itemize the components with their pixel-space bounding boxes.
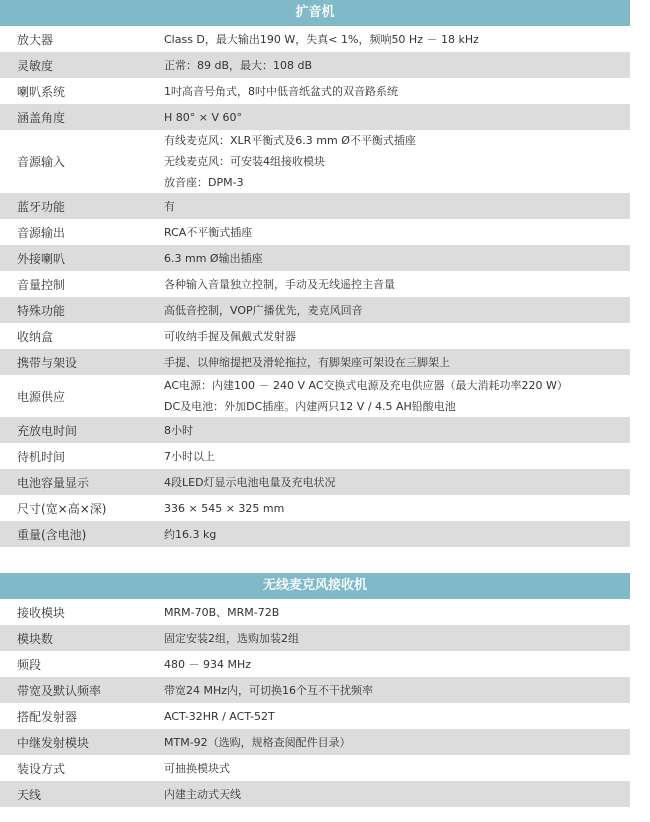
spec-table-0: 扩音机放大器Class D，最大输出190 W，失真< 1%，频响50 Hz －… bbox=[0, 0, 630, 547]
spec-value-line: 1吋高音号角式，8吋中低音纸盆式的双音路系统 bbox=[164, 81, 630, 102]
spec-value-line: H 80° × V 60° bbox=[164, 107, 630, 128]
spec-row: 特殊功能高低音控制，VOP广播优先，麦克风回音 bbox=[0, 297, 630, 323]
section-title: 无线麦克风接收机 bbox=[0, 573, 630, 599]
spec-label: 中继发射模块 bbox=[0, 729, 164, 755]
spec-value-line: DC及电池：外加DC插座。内建两只12 V / 4.5 AH铅酸电池 bbox=[164, 396, 630, 417]
spec-row: 装设方式可抽换模块式 bbox=[0, 755, 630, 781]
spec-row: 音源输出RCA不平衡式插座 bbox=[0, 219, 630, 245]
spec-row: 音源输入有线麦克风：XLR平衡式及6.3 mm Ø不平衡式插座无线麦克风：可安装… bbox=[0, 130, 630, 193]
spec-value-line: 可抽换模块式 bbox=[164, 758, 630, 779]
spec-value: 336 × 545 × 325 mm bbox=[164, 495, 630, 521]
spec-value-line: 480 － 934 MHz bbox=[164, 654, 630, 675]
spec-value: 有线麦克风：XLR平衡式及6.3 mm Ø不平衡式插座无线麦克风：可安装4组接收… bbox=[164, 130, 630, 193]
spec-value: 内建主动式天线 bbox=[164, 781, 630, 807]
spec-label: 重量(含电池) bbox=[0, 521, 164, 547]
spec-label: 待机时间 bbox=[0, 443, 164, 469]
spec-value-line: RCA不平衡式插座 bbox=[164, 222, 630, 243]
spec-label: 音源输出 bbox=[0, 219, 164, 245]
spec-value-line: 正常：89 dB，最大：108 dB bbox=[164, 55, 630, 76]
spec-label: 外接喇叭 bbox=[0, 245, 164, 271]
spec-value: ACT-32HR / ACT-52T bbox=[164, 703, 630, 729]
spec-document: 扩音机放大器Class D，最大输出190 W，失真< 1%，频响50 Hz －… bbox=[0, 0, 650, 807]
spec-label: 放大器 bbox=[0, 26, 164, 52]
spec-row: 接收模块MRM-70B、MRM-72B bbox=[0, 599, 630, 625]
spec-value: 6.3 mm Ø输出插座 bbox=[164, 245, 630, 271]
spec-value: MRM-70B、MRM-72B bbox=[164, 599, 630, 625]
spec-value: 各种输入音量独立控制，手动及无线遥控主音量 bbox=[164, 271, 630, 297]
spec-row: 带宽及默认频率带宽24 MHz内，可切换16个互不干扰频率 bbox=[0, 677, 630, 703]
spec-value: 4段LED灯显示电池电量及充电状况 bbox=[164, 469, 630, 495]
spec-value: 固定安装2组，选购加装2组 bbox=[164, 625, 630, 651]
spec-value: 有 bbox=[164, 193, 630, 219]
spec-value-line: MRM-70B、MRM-72B bbox=[164, 602, 630, 623]
spec-row: 电源供应AC电源：内建100 － 240 V AC交换式电源及充电供应器（最大消… bbox=[0, 375, 630, 417]
spec-value: 约16.3 kg bbox=[164, 521, 630, 547]
spec-value: 可收纳手握及佩戴式发射器 bbox=[164, 323, 630, 349]
spec-value: Class D，最大输出190 W，失真< 1%，频响50 Hz － 18 kH… bbox=[164, 26, 630, 52]
spec-value: H 80° × V 60° bbox=[164, 104, 630, 130]
spec-label: 充放电时间 bbox=[0, 417, 164, 443]
spec-row: 重量(含电池)约16.3 kg bbox=[0, 521, 630, 547]
spec-value: 7小时以上 bbox=[164, 443, 630, 469]
spec-row: 音量控制各种输入音量独立控制，手动及无线遥控主音量 bbox=[0, 271, 630, 297]
spec-row: 尺寸(宽×高×深)336 × 545 × 325 mm bbox=[0, 495, 630, 521]
spec-label: 携带与架设 bbox=[0, 349, 164, 375]
section-title: 扩音机 bbox=[0, 0, 630, 26]
spec-label: 带宽及默认频率 bbox=[0, 677, 164, 703]
spec-value-line: 放音座：DPM-3 bbox=[164, 172, 630, 193]
spec-value-line: 有 bbox=[164, 196, 630, 217]
spec-value-line: MTM-92（选购，规格查阅配件目录） bbox=[164, 732, 630, 753]
spec-label: 收纳盒 bbox=[0, 323, 164, 349]
spec-table-1: 无线麦克风接收机接收模块MRM-70B、MRM-72B模块数固定安装2组，选购加… bbox=[0, 573, 630, 807]
spec-value-line: 手提、以伸缩提把及滑轮拖拉，有脚架座可架设在三脚架上 bbox=[164, 352, 630, 373]
spec-row: 涵盖角度H 80° × V 60° bbox=[0, 104, 630, 130]
spec-value-line: 4段LED灯显示电池电量及充电状况 bbox=[164, 472, 630, 493]
spec-row: 频段480 － 934 MHz bbox=[0, 651, 630, 677]
spec-row: 电池容量显示4段LED灯显示电池电量及充电状况 bbox=[0, 469, 630, 495]
spec-value-line: 约16.3 kg bbox=[164, 524, 630, 545]
spec-value-line: 有线麦克风：XLR平衡式及6.3 mm Ø不平衡式插座 bbox=[164, 130, 630, 151]
spec-label: 涵盖角度 bbox=[0, 104, 164, 130]
spec-row: 放大器Class D，最大输出190 W，失真< 1%，频响50 Hz － 18… bbox=[0, 26, 630, 52]
spec-label: 接收模块 bbox=[0, 599, 164, 625]
spec-value: 480 － 934 MHz bbox=[164, 651, 630, 677]
spec-label: 蓝牙功能 bbox=[0, 193, 164, 219]
spec-row: 充放电时间8小时 bbox=[0, 417, 630, 443]
spec-value-line: 固定安装2组，选购加装2组 bbox=[164, 628, 630, 649]
spec-value-line: 336 × 545 × 325 mm bbox=[164, 498, 630, 519]
spec-row: 灵敏度正常：89 dB，最大：108 dB bbox=[0, 52, 630, 78]
spec-value: 带宽24 MHz内，可切换16个互不干扰频率 bbox=[164, 677, 630, 703]
spec-value: RCA不平衡式插座 bbox=[164, 219, 630, 245]
spec-row: 待机时间7小时以上 bbox=[0, 443, 630, 469]
spec-value: AC电源：内建100 － 240 V AC交换式电源及充电供应器（最大消耗功率2… bbox=[164, 375, 630, 417]
spec-value-line: 7小时以上 bbox=[164, 446, 630, 467]
spec-row: 外接喇叭6.3 mm Ø输出插座 bbox=[0, 245, 630, 271]
spec-value-line: AC电源：内建100 － 240 V AC交换式电源及充电供应器（最大消耗功率2… bbox=[164, 375, 630, 396]
spec-label: 音源输入 bbox=[0, 130, 164, 193]
spec-value-line: ACT-32HR / ACT-52T bbox=[164, 706, 630, 727]
spec-label: 电池容量显示 bbox=[0, 469, 164, 495]
spec-value-line: 6.3 mm Ø输出插座 bbox=[164, 248, 630, 269]
spec-label: 特殊功能 bbox=[0, 297, 164, 323]
spec-label: 尺寸(宽×高×深) bbox=[0, 495, 164, 521]
spec-label: 天线 bbox=[0, 781, 164, 807]
spec-label: 音量控制 bbox=[0, 271, 164, 297]
spec-row: 中继发射模块MTM-92（选购，规格查阅配件目录） bbox=[0, 729, 630, 755]
spec-value: 1吋高音号角式，8吋中低音纸盆式的双音路系统 bbox=[164, 78, 630, 104]
spec-label: 模块数 bbox=[0, 625, 164, 651]
spec-row: 携带与架设手提、以伸缩提把及滑轮拖拉，有脚架座可架设在三脚架上 bbox=[0, 349, 630, 375]
spec-row: 喇叭系统1吋高音号角式，8吋中低音纸盆式的双音路系统 bbox=[0, 78, 630, 104]
spec-label: 装设方式 bbox=[0, 755, 164, 781]
spec-value-line: 可收纳手握及佩戴式发射器 bbox=[164, 326, 630, 347]
spec-label: 搭配发射器 bbox=[0, 703, 164, 729]
spec-label: 频段 bbox=[0, 651, 164, 677]
spec-value: 可抽换模块式 bbox=[164, 755, 630, 781]
spec-value: 正常：89 dB，最大：108 dB bbox=[164, 52, 630, 78]
spec-value-line: 高低音控制，VOP广播优先，麦克风回音 bbox=[164, 300, 630, 321]
spec-value: MTM-92（选购，规格查阅配件目录） bbox=[164, 729, 630, 755]
spec-value: 8小时 bbox=[164, 417, 630, 443]
spec-value: 手提、以伸缩提把及滑轮拖拉，有脚架座可架设在三脚架上 bbox=[164, 349, 630, 375]
spec-value-line: 8小时 bbox=[164, 420, 630, 441]
spec-row: 收纳盒可收纳手握及佩戴式发射器 bbox=[0, 323, 630, 349]
spec-value-line: 内建主动式天线 bbox=[164, 784, 630, 805]
spec-row: 模块数固定安装2组，选购加装2组 bbox=[0, 625, 630, 651]
spec-row: 天线内建主动式天线 bbox=[0, 781, 630, 807]
spec-row: 搭配发射器ACT-32HR / ACT-52T bbox=[0, 703, 630, 729]
spec-label: 喇叭系统 bbox=[0, 78, 164, 104]
spec-label: 电源供应 bbox=[0, 375, 164, 417]
spec-value: 高低音控制，VOP广播优先，麦克风回音 bbox=[164, 297, 630, 323]
spec-label: 灵敏度 bbox=[0, 52, 164, 78]
spec-row: 蓝牙功能有 bbox=[0, 193, 630, 219]
spec-value-line: 无线麦克风：可安装4组接收模块 bbox=[164, 151, 630, 172]
spec-value-line: Class D，最大输出190 W，失真< 1%，频响50 Hz － 18 kH… bbox=[164, 29, 630, 50]
spec-value-line: 带宽24 MHz内，可切换16个互不干扰频率 bbox=[164, 680, 630, 701]
spec-value-line: 各种输入音量独立控制，手动及无线遥控主音量 bbox=[164, 274, 630, 295]
